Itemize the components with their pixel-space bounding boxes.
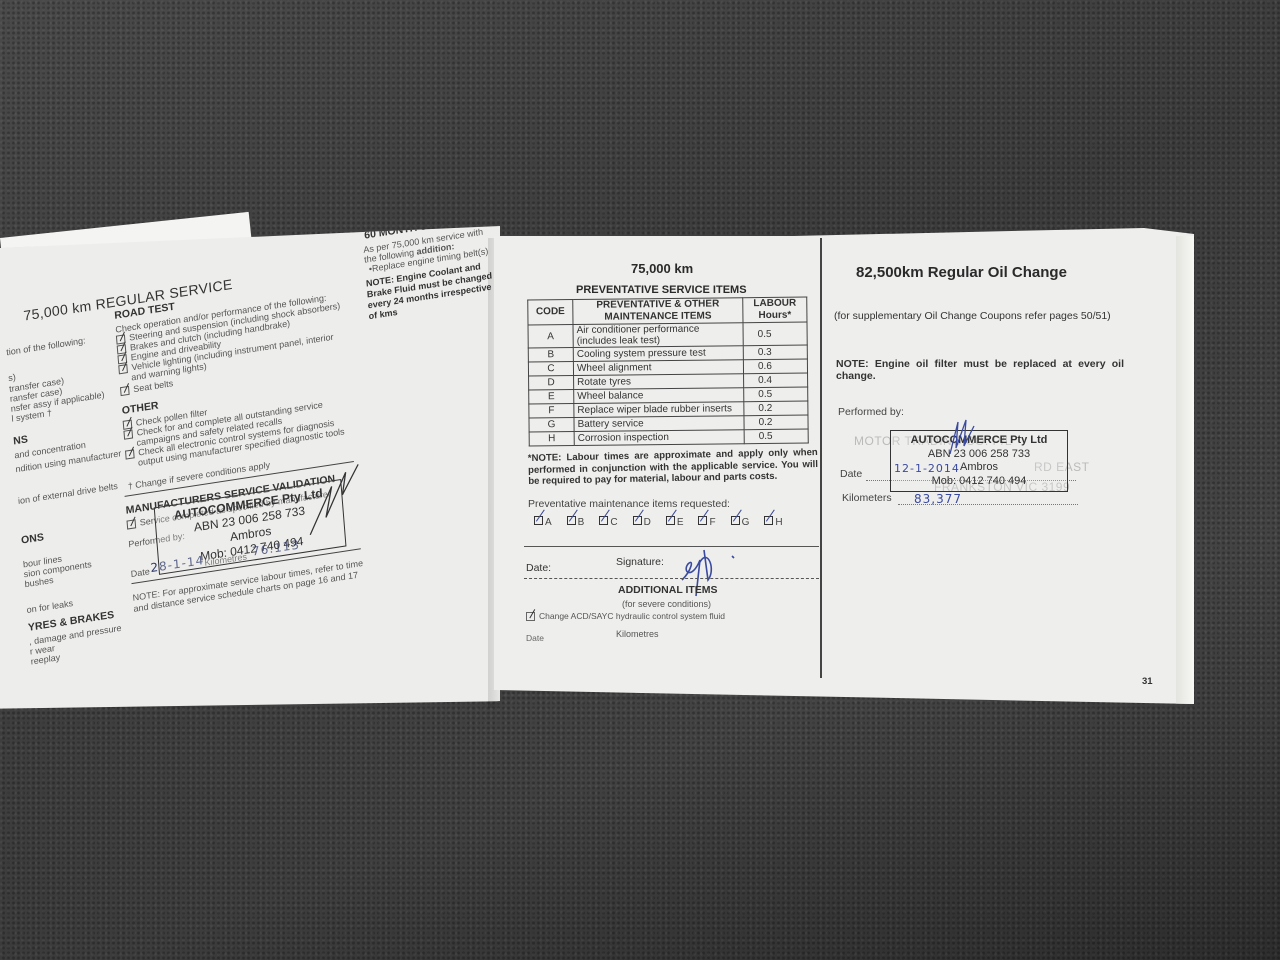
oil-km-label: Kilometers (842, 492, 892, 504)
requested-checkbox-f[interactable]: F (698, 516, 715, 528)
requested-checkbox-g[interactable]: G (731, 516, 750, 528)
road-test-item: Seat belts (120, 378, 174, 397)
checkbox-icon (526, 612, 535, 621)
cell-hours: 0.5 (743, 322, 807, 346)
requested-checkbox-d[interactable]: D (633, 516, 651, 528)
divider (524, 546, 819, 547)
page-edge (1176, 236, 1194, 704)
checked-box-icon (731, 516, 740, 525)
additional-item: Change ACD/SAYC hydraulic control system… (526, 610, 725, 623)
cell-code: B (528, 347, 573, 361)
checked-box-icon (633, 516, 642, 525)
page-number: 31 (1142, 676, 1153, 687)
cell-code: E (529, 389, 574, 403)
requested-checkbox-h[interactable]: H (764, 516, 782, 528)
column-divider (820, 238, 822, 678)
header-code: CODE (528, 299, 573, 324)
table-row: HCorrosion inspection0.5 (529, 429, 808, 446)
checked-box-icon (698, 516, 707, 525)
performed-by-label: Performed by: (838, 406, 904, 418)
cell-item: Corrosion inspection (574, 430, 744, 446)
signature-scribble (300, 462, 365, 540)
requested-checkbox-e[interactable]: E (666, 516, 684, 528)
table-header-row: CODE PREVENTATIVE & OTHER MAINTENANCE IT… (528, 297, 807, 325)
table-row: AAir conditioner performance (includes l… (528, 322, 807, 348)
checked-box-icon (534, 516, 543, 525)
checkbox-icon (120, 386, 130, 396)
right-page: 75,000 km PREVENTATIVE SERVICE ITEMS COD… (494, 228, 1194, 704)
service-booklet: 75,000 km REGULAR SERVICE tion of the fo… (0, 228, 1200, 748)
requested-items: ABCDEFGH (534, 516, 783, 528)
cell-hours: 0.2 (744, 415, 808, 430)
dashed-divider (524, 578, 819, 579)
requested-checkbox-c[interactable]: C (599, 516, 617, 528)
fragment: ion of external drive belts (18, 481, 119, 507)
checked-box-icon (666, 516, 675, 525)
fragment: tion of the following: (6, 335, 86, 358)
cell-hours: 0.3 (743, 345, 807, 360)
cell-hours: 0.6 (743, 359, 807, 374)
additional-date-label: Date (526, 632, 544, 645)
oil-change-title: 82,500km Regular Oil Change (856, 264, 1067, 281)
checkbox-icon (118, 364, 128, 374)
cell-code: F (529, 403, 574, 417)
cell-code: H (529, 431, 574, 445)
cell-code: A (528, 324, 573, 347)
date-label: Date (130, 566, 150, 580)
date-label: Date: (526, 562, 551, 575)
preventative-items-table: CODE PREVENTATIVE & OTHER MAINTENANCE IT… (527, 297, 809, 447)
oil-filter-note: NOTE: Engine oil filter must be replaced… (836, 358, 1124, 382)
checkbox-icon (125, 449, 135, 459)
requested-checkbox-a[interactable]: A (534, 516, 552, 528)
additional-title: ADDITIONAL ITEMS (618, 584, 718, 597)
cell-hours: 0.5 (744, 387, 808, 402)
checked-box-icon (599, 516, 608, 525)
left-page: 75,000 km REGULAR SERVICE tion of the fo… (0, 211, 500, 738)
initials-scribble (944, 418, 984, 458)
cell-code: G (529, 417, 574, 431)
header-item: PREVENTATIVE & OTHER MAINTENANCE ITEMS (573, 298, 743, 325)
cell-hours: 0.4 (744, 373, 808, 388)
checkbox-icon (127, 519, 137, 529)
handwritten-oil-date: 12-1-2014 (894, 462, 960, 475)
oil-change-subtitle: (for supplementary Oil Change Coupons re… (834, 310, 1120, 322)
requested-label: Preventative maintenance items requested… (528, 498, 730, 510)
oil-date-label: Date (840, 468, 862, 480)
cell-code: D (529, 375, 574, 389)
labour-note: *NOTE: Labour times are approximate and … (528, 447, 819, 488)
fragment: on for leaks (26, 598, 73, 616)
service-title: 75,000 km (631, 261, 693, 276)
fragment-heading: NS (13, 434, 28, 447)
table-title: PREVENTATIVE SERVICE ITEMS (576, 284, 747, 296)
cell-hours: 0.5 (744, 429, 808, 444)
header-hours: LABOUR Hours* (743, 297, 807, 323)
checkbox-icon (123, 430, 133, 440)
requested-checkbox-b[interactable]: B (567, 516, 585, 528)
cell-hours: 0.2 (744, 401, 808, 416)
cell-code: C (528, 361, 573, 375)
checked-box-icon (764, 516, 773, 525)
checked-box-icon (567, 516, 576, 525)
signature-label: Signature: (616, 556, 664, 569)
fragment-heading: ONS (21, 532, 45, 546)
cell-item: Air conditioner performance (includes le… (573, 323, 743, 348)
additional-km-label: Kilometres (616, 628, 659, 641)
left-page-content: 75,000 km REGULAR SERVICE tion of the fo… (0, 172, 537, 734)
handwritten-oil-km: 83,377 (914, 492, 962, 506)
